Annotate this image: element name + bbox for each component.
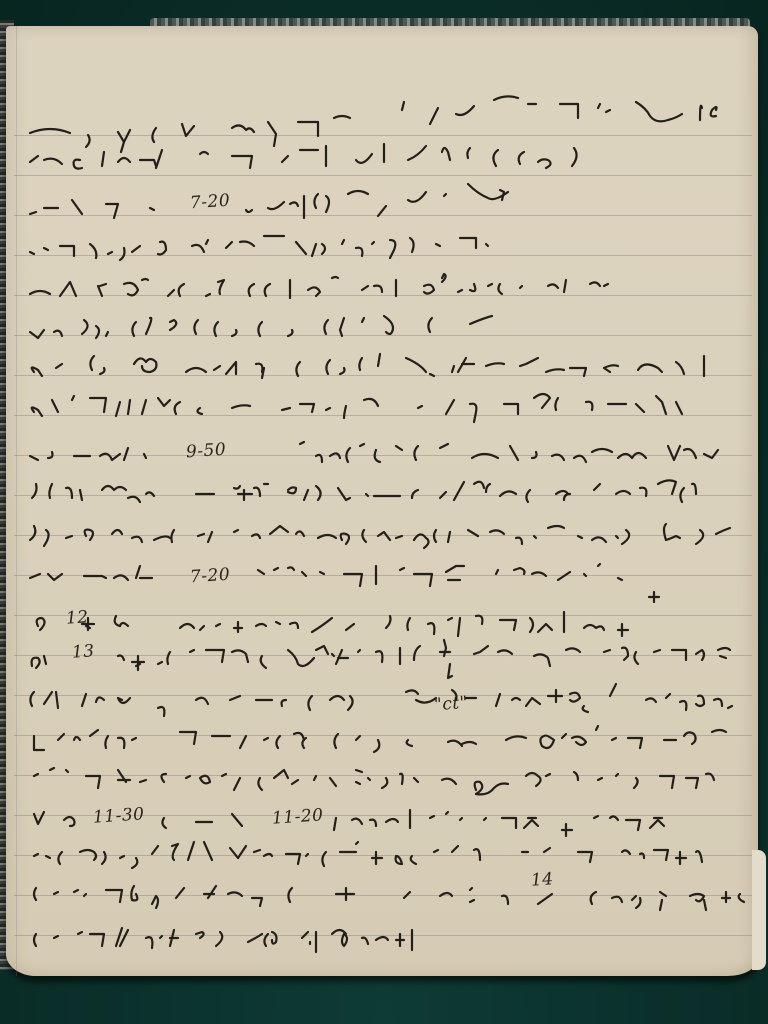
shorthand-stroke <box>516 538 522 544</box>
shorthand-stroke <box>302 932 308 938</box>
shorthand-stroke <box>204 842 212 860</box>
shorthand-stroke <box>34 736 44 750</box>
shorthand-stroke <box>598 778 602 780</box>
shorthand-stroke <box>616 774 618 776</box>
shorthand-stroke <box>366 494 368 496</box>
shorthand-stroke <box>168 290 174 296</box>
shorthand-stroke <box>320 572 324 574</box>
shorthand-stroke <box>100 454 120 460</box>
shorthand-stroke <box>638 364 662 372</box>
shorthand-stroke <box>649 592 659 602</box>
shorthand-stroke <box>132 738 136 740</box>
shorthand-stroke <box>572 737 586 745</box>
shorthand-stroke <box>258 778 262 790</box>
shorthand-stroke <box>261 656 266 668</box>
shorthand-stroke <box>618 453 646 458</box>
shorthand-stroke <box>564 280 566 292</box>
shorthand-stroke <box>197 408 202 414</box>
shorthand-stroke <box>264 854 272 856</box>
shorthand-stroke <box>362 530 366 542</box>
shorthand-stroke <box>538 159 551 168</box>
shorthand-stroke <box>414 778 418 782</box>
shorthand-stroke <box>188 842 194 860</box>
shorthand-stroke <box>288 330 293 336</box>
shorthand-stroke <box>106 890 122 902</box>
shorthand-stroke <box>374 286 382 292</box>
shorthand-stroke <box>230 846 246 858</box>
shorthand-stroke <box>604 650 610 652</box>
shorthand-stroke <box>66 536 72 538</box>
shorthand-stroke <box>436 244 440 246</box>
shorthand-stroke <box>498 650 512 654</box>
shorthand-stroke <box>249 284 254 296</box>
shorthand-stroke <box>82 694 86 706</box>
shorthand-line <box>30 316 492 338</box>
shorthand-stroke <box>408 192 426 202</box>
shorthand-stroke <box>519 152 524 164</box>
shorthand-stroke <box>186 776 190 778</box>
shorthand-stroke <box>634 778 638 788</box>
shorthand-stroke <box>618 578 622 580</box>
shorthand-line <box>32 480 696 502</box>
shorthand-stroke <box>664 524 680 540</box>
shorthand-stroke <box>170 930 178 946</box>
shorthand-stroke <box>132 246 140 252</box>
shorthand-stroke <box>448 664 452 678</box>
shorthand-stroke <box>555 398 558 410</box>
shorthand-stroke <box>686 778 698 788</box>
shorthand-stroke <box>583 706 588 712</box>
shorthand-stroke <box>578 852 592 862</box>
shorthand-stroke <box>58 852 62 864</box>
shorthand-stroke <box>106 204 118 218</box>
shorthand-stroke <box>374 740 379 752</box>
shorthand-stroke <box>672 650 686 660</box>
shorthand-stroke <box>30 156 38 162</box>
shorthand-line <box>30 96 717 152</box>
shorthand-stroke <box>610 816 618 820</box>
shorthand-stroke <box>232 125 254 132</box>
shorthand-stroke <box>208 532 212 542</box>
shorthand-stroke <box>446 812 448 814</box>
shorthand-stroke <box>636 898 641 908</box>
shorthand-stroke <box>30 456 38 460</box>
shorthand-stroke <box>232 330 237 336</box>
shorthand-stroke <box>496 570 498 574</box>
shorthand-line <box>30 236 488 260</box>
shorthand-stroke <box>434 530 436 542</box>
shorthand-line <box>32 394 682 422</box>
shorthand-stroke <box>362 286 368 290</box>
shorthand-stroke <box>44 248 48 250</box>
shorthand-stroke <box>206 240 208 244</box>
shorthand-stroke <box>396 536 402 538</box>
shorthand-stroke <box>384 316 393 334</box>
shorthand-stroke <box>136 566 152 578</box>
shorthand-stroke <box>200 152 208 154</box>
shorthand-stroke <box>49 484 52 498</box>
shorthand-stroke <box>60 282 76 296</box>
shorthand-stroke <box>158 398 170 406</box>
shorthand-stroke <box>274 770 288 778</box>
shorthand-stroke <box>654 650 660 652</box>
shorthand-stroke <box>396 446 402 450</box>
shorthand-stroke <box>316 646 328 654</box>
shorthand-stroke <box>382 778 387 788</box>
shorthand-stroke <box>386 819 398 822</box>
shorthand-line <box>34 842 702 868</box>
shorthand-stroke <box>44 159 62 164</box>
shorthand-stroke <box>118 738 124 748</box>
shorthand-stroke <box>396 856 402 864</box>
shorthand-stroke <box>594 816 598 818</box>
shorthand-stroke <box>572 148 577 166</box>
shorthand-stroke <box>176 888 184 898</box>
shorthand-stroke <box>722 892 730 902</box>
shorthand-stroke <box>612 897 622 902</box>
shorthand-stroke <box>676 362 684 374</box>
shorthand-stroke <box>348 696 353 710</box>
shorthand-stroke <box>37 618 45 630</box>
shorthand-stroke <box>112 530 122 534</box>
shorthand-stroke <box>298 122 318 136</box>
shorthand-stroke <box>232 405 250 408</box>
shorthand-stroke <box>100 368 105 374</box>
shorthand-stroke <box>128 497 140 502</box>
shorthand-stroke <box>72 396 74 400</box>
shorthand-stroke <box>30 574 40 578</box>
shorthand-stroke <box>86 776 100 788</box>
shorthand-stroke <box>292 780 298 784</box>
shorthand-stroke <box>90 244 96 258</box>
shorthand-line <box>34 726 726 752</box>
shorthand-stroke <box>48 574 62 580</box>
shorthand-stroke <box>470 888 474 902</box>
handwritten-numeral: "ct" <box>433 693 468 715</box>
shorthand-stroke <box>152 896 158 908</box>
shorthand-stroke <box>586 402 592 410</box>
shorthand-stroke <box>372 852 382 864</box>
shorthand-stroke <box>570 693 580 702</box>
shorthand-stroke <box>454 482 464 500</box>
shorthand-stroke <box>90 398 106 412</box>
shorthand-stroke <box>134 358 156 372</box>
shorthand-line <box>30 144 577 169</box>
shorthand-stroke <box>186 368 206 372</box>
shorthand-stroke <box>74 737 80 740</box>
shorthand-stroke <box>616 536 618 538</box>
shorthand-stroke <box>660 776 674 788</box>
shorthand-stroke <box>486 363 504 366</box>
shorthand-stroke <box>646 698 656 702</box>
shorthand-stroke <box>32 367 42 376</box>
shorthand-stroke <box>90 730 98 736</box>
shorthand-stroke <box>282 700 287 706</box>
shorthand-stroke <box>64 817 75 826</box>
shorthand-stroke <box>666 694 670 698</box>
shorthand-stroke <box>574 772 578 780</box>
shorthand-stroke <box>200 626 204 630</box>
shorthand-stroke <box>692 484 696 494</box>
shorthand-stroke <box>362 938 368 944</box>
shorthand-stroke <box>498 284 502 294</box>
shorthand-stroke <box>146 937 152 948</box>
shorthand-stroke <box>300 442 304 444</box>
shorthand-stroke <box>30 129 70 133</box>
shorthand-stroke <box>180 732 196 744</box>
shorthand-stroke <box>458 290 462 292</box>
shorthand-stroke <box>514 568 525 574</box>
shorthand-stroke <box>591 892 596 904</box>
shorthand-stroke <box>304 490 308 500</box>
shorthand-stroke <box>444 194 446 196</box>
shorthand-stroke <box>228 892 242 896</box>
shorthand-stroke <box>696 530 703 544</box>
shorthand-stroke <box>440 492 446 498</box>
shorthand-stroke <box>32 484 37 498</box>
shorthand-stroke <box>226 362 236 374</box>
shorthand-stroke <box>334 116 350 118</box>
shorthand-stroke <box>352 819 362 824</box>
shorthand-stroke <box>254 488 260 496</box>
shorthand-stroke <box>390 240 395 258</box>
shorthand-stroke <box>102 152 104 166</box>
shorthand-stroke <box>54 936 58 938</box>
shorthand-stroke <box>728 706 732 708</box>
shorthand-stroke <box>626 820 640 830</box>
shorthand-stroke <box>48 452 53 458</box>
shorthand-stroke <box>171 530 174 542</box>
shorthand-stroke <box>290 202 298 206</box>
shorthand-stroke <box>596 726 598 730</box>
shorthand-stroke <box>288 567 294 570</box>
shorthand-stroke <box>739 894 744 902</box>
shorthand-stroke <box>90 356 94 370</box>
shorthand-stroke <box>612 738 616 740</box>
shorthand-stroke <box>484 818 486 820</box>
shorthand-stroke <box>510 446 518 460</box>
shorthand-stroke <box>656 396 666 414</box>
shorthand-stroke <box>690 894 706 910</box>
shorthand-stroke <box>146 318 151 334</box>
shorthand-stroke <box>306 854 308 856</box>
shorthand-stroke <box>474 646 488 654</box>
shorthand-stroke <box>402 102 404 110</box>
shorthand-stroke <box>434 850 438 852</box>
shorthand-stroke <box>407 740 412 746</box>
shorthand-stroke <box>502 896 508 904</box>
shorthand-stroke <box>470 404 476 422</box>
shorthand-stroke <box>490 530 504 534</box>
shorthand-stroke <box>98 284 106 296</box>
shorthand-stroke <box>80 490 82 500</box>
shorthand-stroke <box>132 322 136 336</box>
shorthand-stroke <box>470 284 475 291</box>
shorthand-stroke <box>340 368 345 374</box>
shorthand-stroke <box>330 696 344 700</box>
shorthand-stroke <box>476 616 482 624</box>
shorthand-stroke <box>66 488 72 498</box>
shorthand-stroke <box>179 284 184 296</box>
shorthand-stroke <box>590 282 600 286</box>
shorthand-stroke <box>182 124 194 136</box>
shorthand-stroke <box>265 284 270 296</box>
shorthand-stroke <box>530 618 552 632</box>
shorthand-stroke <box>376 651 382 662</box>
shorthand-stroke <box>180 624 194 628</box>
handwritten-numeral: 7-20 <box>189 191 231 214</box>
shorthand-stroke <box>30 526 35 540</box>
shorthand-stroke <box>128 400 130 414</box>
shorthand-stroke <box>30 291 50 294</box>
shorthand-stroke <box>264 934 268 946</box>
shorthand-line <box>30 684 732 716</box>
shorthand-stroke <box>96 697 104 702</box>
shorthand-stroke <box>592 449 612 452</box>
shorthand-stroke <box>548 284 558 288</box>
shorthand-stroke <box>606 110 610 112</box>
shorthand-stroke <box>296 362 300 376</box>
shorthand-stroke <box>544 848 550 852</box>
shorthand-stroke <box>158 662 162 664</box>
shorthand-stroke <box>424 285 434 294</box>
shorthand-stroke <box>684 449 696 458</box>
shorthand-stroke <box>488 284 492 286</box>
shorthand-stroke <box>158 242 166 255</box>
shorthand-stroke <box>196 932 204 938</box>
shorthand-stroke <box>160 936 162 938</box>
shorthand-stroke <box>216 624 220 626</box>
shorthand-stroke <box>356 248 362 256</box>
shorthand-stroke <box>344 406 346 418</box>
shorthand-stroke <box>428 623 434 634</box>
shorthand-stroke <box>312 618 332 632</box>
shorthand-stroke <box>86 135 90 147</box>
shorthand-stroke <box>378 532 390 540</box>
shorthand-stroke <box>574 456 586 462</box>
shorthand-stroke <box>414 574 432 586</box>
shorthand-stroke <box>234 622 242 632</box>
shorthand-stroke <box>622 648 628 660</box>
shorthand-stroke <box>486 484 490 492</box>
shorthand-stroke <box>359 358 362 370</box>
shorthand-stroke <box>622 530 629 544</box>
shorthand-stroke <box>524 818 538 828</box>
shorthand-stroke <box>472 454 498 458</box>
shorthand-stroke <box>204 886 216 898</box>
shorthand-line <box>30 274 608 298</box>
shorthand-stroke <box>584 625 604 630</box>
shorthand-stroke <box>375 450 380 462</box>
shorthand-stroke <box>430 816 434 818</box>
shorthand-stroke <box>34 888 36 900</box>
shorthand-stroke <box>680 488 684 502</box>
shorthand-stroke <box>256 624 266 626</box>
shorthand-stroke <box>276 736 280 748</box>
shorthand-stroke <box>296 531 304 536</box>
shorthand-stroke <box>32 656 46 668</box>
shorthand-stroke <box>594 484 600 490</box>
handwritten-numeral: 12 <box>65 607 89 629</box>
shorthand-stroke <box>338 488 350 500</box>
shorthand-stroke <box>460 818 462 820</box>
shorthand-stroke <box>54 892 58 894</box>
shorthand-stroke <box>308 696 312 710</box>
shorthand-stroke <box>414 646 420 660</box>
shorthand-stroke <box>154 536 170 540</box>
shorthand-stroke <box>330 778 336 786</box>
shorthand-stroke <box>326 196 329 212</box>
shorthand-stroke <box>548 526 564 528</box>
shorthand-stroke <box>118 130 130 152</box>
shorthand-stroke <box>558 572 570 580</box>
shorthand-stroke <box>356 154 372 163</box>
shorthand-stroke <box>636 102 682 121</box>
shorthand-stroke <box>604 365 618 372</box>
shorthand-stroke <box>314 776 316 780</box>
shorthand-stroke <box>696 851 702 862</box>
shorthand-stroke <box>140 780 146 782</box>
shorthand-stroke <box>474 482 484 488</box>
shorthand-stroke <box>334 818 336 830</box>
handwritten-numeral: 7-20 <box>189 565 231 588</box>
shorthand-stroke <box>604 284 608 286</box>
shorthand-stroke <box>158 707 164 716</box>
shorthand-stroke <box>704 450 718 458</box>
handwritten-numeral: 11-20 <box>271 805 324 829</box>
shorthand-stroke <box>324 320 328 334</box>
shorthand-stroke <box>598 564 600 566</box>
shorthand-stroke <box>30 252 34 254</box>
shorthand-stroke <box>34 934 36 946</box>
shorthand-line <box>34 928 412 952</box>
shorthand-stroke <box>628 738 642 748</box>
shorthand-stroke <box>562 824 572 836</box>
shorthand-stroke <box>336 888 354 900</box>
shorthand-stroke <box>346 448 350 462</box>
shorthand-stroke <box>428 318 432 332</box>
shorthand-stroke <box>288 650 314 666</box>
shorthand-stroke <box>30 692 34 706</box>
shorthand-stroke <box>258 570 264 574</box>
shorthand-stroke <box>396 934 404 946</box>
shorthand-stroke <box>54 331 62 336</box>
shorthand-stroke <box>78 932 82 934</box>
shorthand-stroke <box>340 318 344 336</box>
shorthand-stroke <box>467 148 470 158</box>
shorthand-stroke <box>74 160 82 169</box>
shorthand-stroke <box>232 156 252 168</box>
shorthand-stroke <box>44 530 49 546</box>
shorthand-stroke <box>412 490 418 498</box>
shorthand-stroke <box>400 568 404 570</box>
shorthand-stroke <box>520 358 538 366</box>
shorthand-stroke <box>44 692 52 704</box>
shorthand-stroke <box>700 106 702 120</box>
shorthand-stroke <box>246 210 252 212</box>
shorthand-stroke <box>452 366 454 372</box>
shorthand-stroke <box>440 640 450 656</box>
shorthand-stroke <box>240 736 246 748</box>
shorthand-stroke <box>658 480 676 494</box>
shorthand-stroke <box>124 283 138 295</box>
shorthand-handwriting <box>0 0 768 1024</box>
shorthand-stroke <box>302 738 306 748</box>
shorthand-stroke <box>252 534 260 538</box>
shorthand-stroke <box>268 122 276 146</box>
shorthand-stroke <box>286 854 300 864</box>
shorthand-stroke <box>248 934 262 942</box>
